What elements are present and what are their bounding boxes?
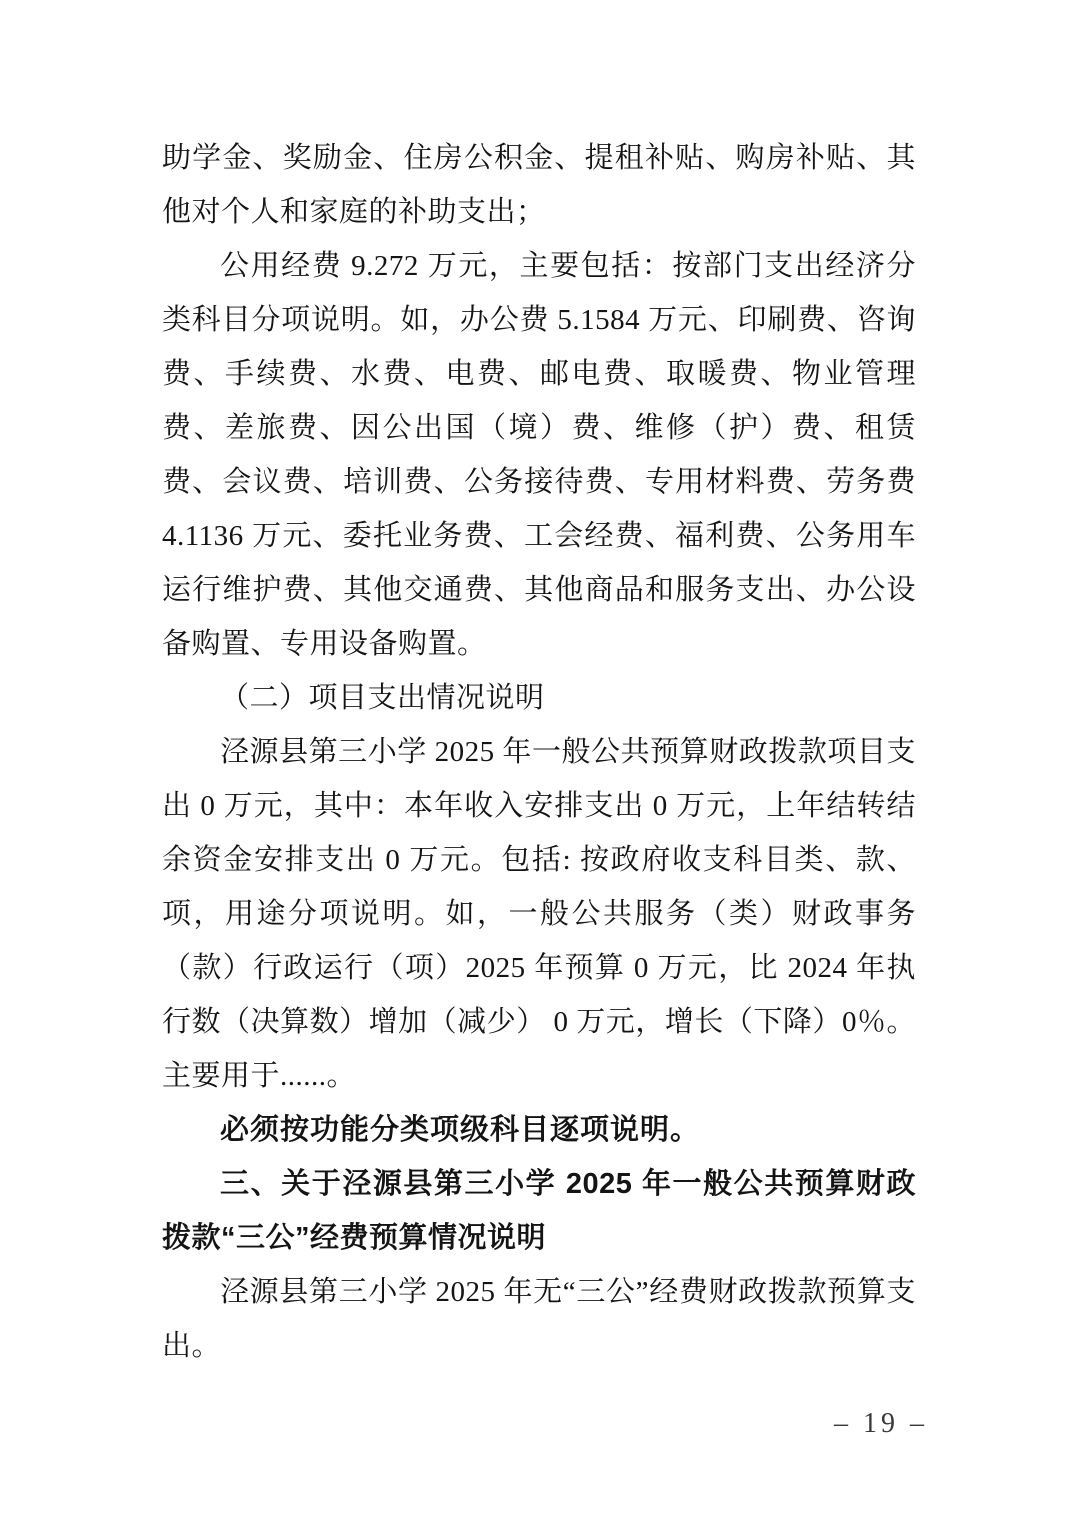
document-page: 助学金、奖励金、住房公积金、提租补贴、购房补贴、其他对个人和家庭的补助支出；公用… (0, 0, 1074, 1520)
subheading-project-expenditure: （二）项目支出情况说明 (162, 671, 916, 725)
para-emphasis-note: 必须按功能分类项级科目逐项说明。 (162, 1103, 916, 1157)
page-number: – 19 – (834, 1406, 928, 1442)
para-subsidy-continuation: 助学金、奖励金、住房公积金、提租补贴、购房补贴、其他对个人和家庭的补助支出； (162, 131, 916, 239)
para-three-public-funds: 泾源县第三小学 2025 年无“三公”经费财政拨款预算支出。 (162, 1265, 916, 1373)
para-public-operating-funds: 公用经费 9.272 万元，主要包括：按部门支出经济分类科目分项说明。如，办公费… (162, 239, 916, 671)
document-body: 助学金、奖励金、住房公积金、提租补贴、购房补贴、其他对个人和家庭的补助支出；公用… (162, 131, 916, 1373)
para-project-expenditure: 泾源县第三小学 2025 年一般公共预算财政拨款项目支出 0 万元，其中：本年收… (162, 725, 916, 1103)
heading-section-three: 三、关于泾源县第三小学 2025 年一般公共预算财政拨款“三公”经费预算情况说明 (162, 1157, 916, 1265)
